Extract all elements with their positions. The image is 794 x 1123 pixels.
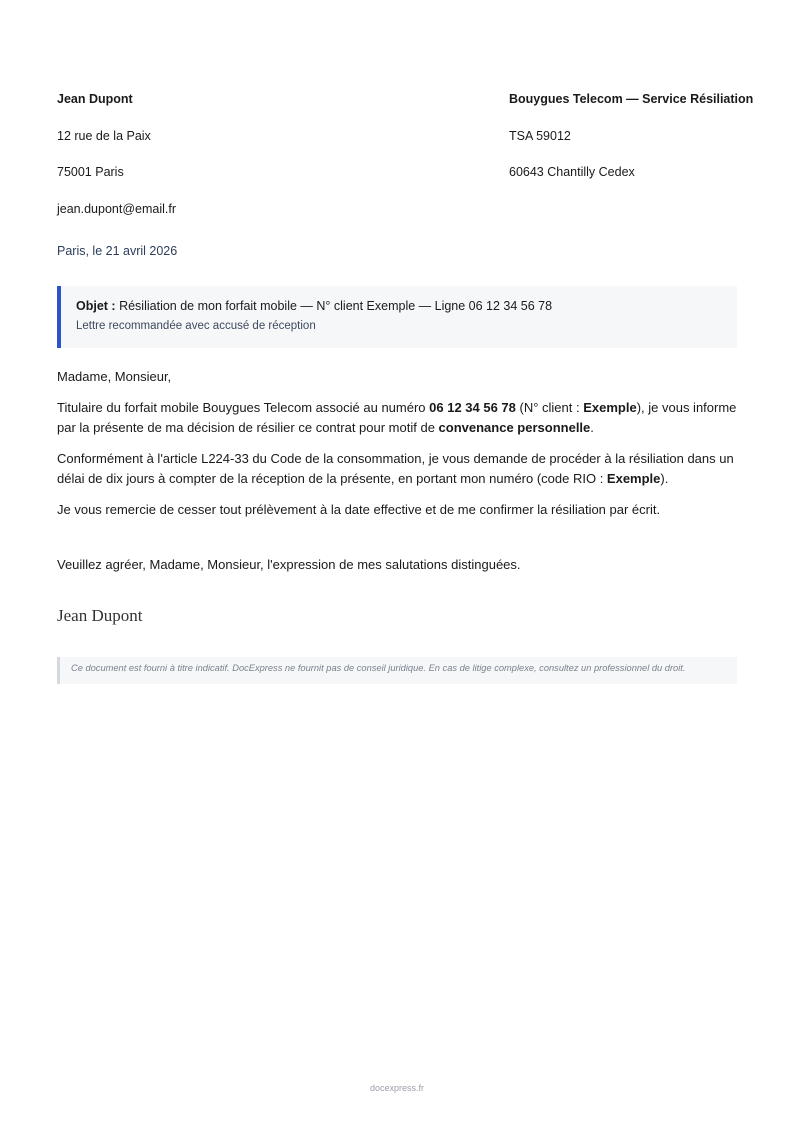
signature: Jean Dupont [57, 606, 142, 626]
subject-line: Objet : Résiliation de mon forfait mobil… [76, 297, 737, 315]
sender-city: 75001 Paris [57, 163, 176, 181]
recipient-city: 60643 Chantilly Cedex [509, 163, 753, 181]
footer-site: docexpress.fr [0, 1083, 794, 1093]
greeting: Madame, Monsieur, [57, 367, 742, 387]
rio-code: Exemple [607, 471, 660, 486]
paragraph-3: Je vous remercie de cesser tout prélèvem… [57, 500, 742, 520]
legal-disclaimer: Ce document est fourni à titre indicatif… [57, 657, 737, 684]
letter-body: Madame, Monsieur, Titulaire du forfait m… [57, 367, 742, 531]
subject-label: Objet : [76, 299, 116, 313]
subject-box: Objet : Résiliation de mon forfait mobil… [57, 286, 737, 348]
client-number: Exemple [583, 400, 636, 415]
sender-street: 12 rue de la Paix [57, 127, 176, 145]
paragraph-2: Conformément à l'article L224-33 du Code… [57, 449, 742, 489]
termination-reason: convenance personnelle [439, 420, 591, 435]
recipient-address: Bouygues Telecom — Service Résiliation T… [509, 90, 753, 200]
sender-email: jean.dupont@email.fr [57, 200, 176, 218]
sender-address: Jean Dupont 12 rue de la Paix 75001 Pari… [57, 90, 176, 236]
phone-number: 06 12 34 56 78 [429, 400, 516, 415]
subject-subtitle: Lettre recommandée avec accusé de récept… [76, 318, 737, 334]
p1-text-1: Titulaire du forfait mobile Bouygues Tel… [57, 400, 429, 415]
letter-date: Paris, le 21 avril 2026 [57, 244, 177, 258]
closing-formula: Veuillez agréer, Madame, Monsieur, l'exp… [57, 555, 521, 575]
subject-text: Résiliation de mon forfait mobile — N° c… [119, 299, 552, 313]
sender-name: Jean Dupont [57, 90, 176, 108]
address-block: Jean Dupont 12 rue de la Paix 75001 Pari… [57, 90, 737, 220]
p1-text-2: (N° client : [516, 400, 583, 415]
p1-text-4: . [590, 420, 594, 435]
recipient-name: Bouygues Telecom — Service Résiliation [509, 90, 753, 108]
recipient-street: TSA 59012 [509, 127, 753, 145]
p2-text-2: ). [660, 471, 668, 486]
paragraph-1: Titulaire du forfait mobile Bouygues Tel… [57, 398, 742, 438]
